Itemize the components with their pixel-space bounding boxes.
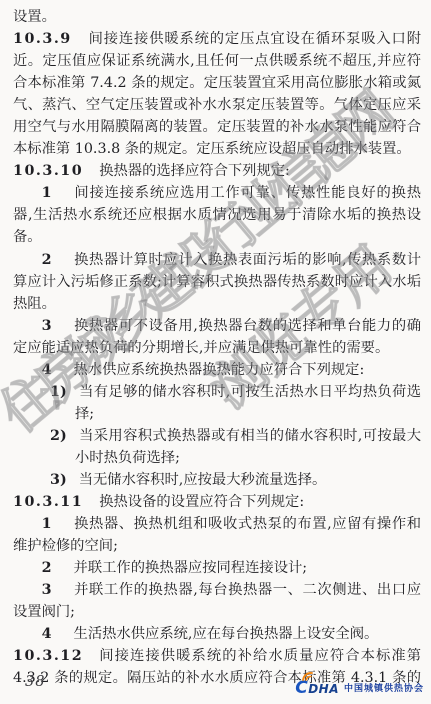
item-number: 3 (42, 318, 52, 334)
clause-10-3-11: 10.3.11换热设备的设置应符合下列规定: (13, 491, 421, 513)
item-text: 并联工作的换热器,每台换热器一、二次侧进、出口应设置阀门; (13, 582, 421, 620)
clause-number: 10.3.10 (13, 163, 83, 179)
item-text: 换热器计算时应计入换热表面污垢的影响,传热系数计算应计入污垢修正系数;计算容积式… (13, 252, 421, 312)
item-text: 换热器可不设备用,换热器台数的选择和单台能力的确定应能适应热负荷的分期增长,并应… (13, 318, 421, 356)
clause-text: 换热设备的设置应符合下列规定: (99, 494, 304, 510)
clause-number: 10.3.11 (13, 494, 83, 510)
item-text: 并联工作的换热器应按同程连接设计; (74, 560, 308, 576)
item-text: 生活热水供应系统,应在每台换热器上设安全阀。 (74, 626, 379, 642)
page-number: 38 (25, 674, 45, 690)
item-2: 2换热器计算时应计入换热表面污垢的影响,传热系数计算应计入污垢修正系数;计算容积… (13, 249, 421, 315)
clause-number: 10.3.12 (13, 645, 83, 667)
item-2: 2并联工作的换热器应按同程连接设计; (13, 557, 421, 579)
sub-item-text: 当有足够的储水容积时,可按生活热水日平均热负荷选择; (75, 384, 421, 422)
item-number: 4 (42, 362, 52, 378)
clause-text: 换热器的选择应符合下列规定: (99, 163, 290, 179)
sub-item-number: 3) (50, 472, 67, 488)
sub-item-number: 1) (50, 384, 67, 400)
logo-abbr-text: CDHA (295, 678, 339, 698)
item-number: 1 (42, 516, 52, 532)
logo-association-name: 中国城镇供热协会 (344, 676, 424, 694)
logo-signal-arcs-icon (300, 671, 320, 681)
item-3: 3换热器可不设备用,换热器台数的选择和单台能力的确定应能适应热负荷的分期增长,并… (13, 315, 421, 359)
clause-10-3-12: 10.3.12间接连接供暖系统的补给水质量应符合本标准第 (13, 645, 421, 667)
item-number: 4 (42, 626, 52, 642)
sub-item-text: 当无储水容积时,应按最大秒流量选择。 (79, 472, 327, 488)
item-1: 1间接连接系统应选用工作可靠、传热性能良好的换热器,生活热水系统还应根据水质情况… (13, 182, 421, 248)
item-text: 间接连接系统应选用工作可靠、传热性能良好的换热器,生活热水系统还应根据水质情况选… (13, 185, 421, 245)
document-page: 住房城乡建设行业信息网 浏览专用 设置。 10.3.9间接连接供暖系统的定压点宜… (0, 0, 431, 704)
item-number: 3 (42, 582, 52, 598)
item-number: 2 (42, 560, 52, 576)
clause-number: 10.3.9 (13, 31, 72, 47)
sub-item-1: 1)当有足够的储水容积时,可按生活热水日平均热负荷选择; (13, 381, 421, 425)
item-number: 1 (42, 185, 52, 201)
sub-item-2: 2)当采用容积式换热器或有相当的储水容积时,可按最大小时热负荷选择; (13, 425, 421, 469)
item-4: 4生活热水供应系统,应在每台换热器上设安全阀。 (13, 623, 421, 645)
item-3: 3并联工作的换热器,每台换热器一、二次侧进、出口应设置阀门; (13, 579, 421, 623)
cdha-logo: CDHA 中国城镇供热协会 (295, 672, 424, 698)
clause-text-line1: 间接连接供暖系统的补给水质量应符合本标准第 (99, 645, 421, 667)
item-number: 2 (42, 252, 52, 268)
sub-item-text: 当采用容积式换热器或有相当的储水容积时,可按最大小时热负荷选择; (75, 428, 421, 466)
clause-text: 间接连接供暖系统的定压点宜设在循环泵吸入口附近。定压值应保证系统满水,且任何一点… (13, 31, 421, 157)
sub-item-3: 3)当无储水容积时,应按最大秒流量选择。 (13, 469, 421, 491)
paragraph-continuation: 设置。 (13, 6, 421, 28)
clause-10-3-9: 10.3.9间接连接供暖系统的定压点宜设在循环泵吸入口附近。定压值应保证系统满水… (13, 28, 421, 160)
sub-item-number: 2) (50, 428, 67, 444)
item-1: 1换热器、换热机组和吸收式热泵的布置,应留有操作和维护检修的空间; (13, 513, 421, 557)
cdha-logo-mark: CDHA (295, 672, 339, 698)
document-body: 设置。 10.3.9间接连接供暖系统的定压点宜设在循环泵吸入口附近。定压值应保证… (13, 6, 421, 689)
item-text: 热水供应系统换热器换热能力应符合下列规定: (74, 362, 365, 378)
clause-10-3-10: 10.3.10换热器的选择应符合下列规定: (13, 160, 421, 182)
item-text: 换热器、换热机组和吸收式热泵的布置,应留有操作和维护检修的空间; (13, 516, 421, 554)
item-4: 4热水供应系统换热器换热能力应符合下列规定: (13, 359, 421, 381)
